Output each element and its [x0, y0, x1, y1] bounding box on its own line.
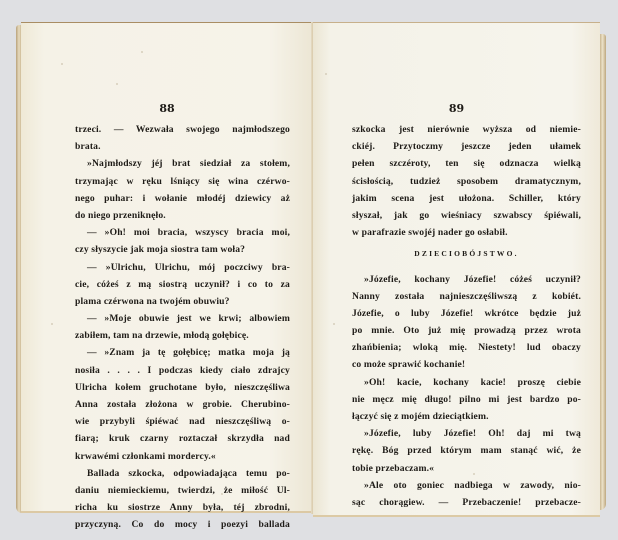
text-line: Józefie, o luby Józefie! wkrótce będzie … — [352, 305, 581, 322]
text-line: »Józefie, kochany Józefie! cóżeś uczynił… — [352, 271, 581, 288]
text-line: — »Oh! moi bracia, wszyscy bracia moi, — [75, 224, 290, 241]
text-line: nie męcz mię długo! pilno mi jest bardzo… — [352, 391, 581, 408]
text-line: szkocka jest nierównie wyższa od niemie- — [352, 121, 581, 138]
text-line: jakim scena jest ułożona. Schiller, któr… — [352, 190, 581, 207]
text-line: zhańbienia; wloką mię. Niestety! lud oba… — [352, 339, 581, 356]
text-line: — »Ulrichu, Ulrichu, mój poczciwy bra- — [75, 259, 290, 276]
text-line: pełen szczéroty, ten się odznacza wielką — [352, 155, 581, 172]
text-line: Anna została złożona w grobie. Cherubino… — [75, 396, 290, 413]
text-line: ścisłością, tudzież sposobem dramatyczny… — [352, 173, 581, 190]
text-line: trzymając w ręku lśniący się wina czérwo… — [75, 173, 290, 190]
text-line: co może sprawić kochanie! — [352, 356, 581, 373]
text-line: zabiłem, tam na drzewie, młodą gołębicę. — [75, 327, 290, 344]
text-line: cie, cóżeś z mą siostrą uczynił? i co to… — [75, 276, 290, 293]
right-page: 89 szkocka jest nierównie wyższa od niem… — [313, 22, 600, 517]
text-line: daniu niemieckiemu, twierdzi, że miłość … — [75, 482, 290, 499]
text-line: nosiła . . . . I podczas kiedy ciało zdr… — [75, 362, 290, 379]
text-line: Ballada szkocka, odpowiadająca temu po- — [75, 465, 290, 482]
text-line: łączyć się z mojém dzieciątkiem. — [352, 408, 581, 425]
text-line: sąc chorągiew. — Przebaczenie! przebacze… — [352, 494, 581, 511]
text-line: w parafrazie swojéj nader go osłabił. — [352, 224, 581, 241]
scan-background: { "colors": { "background": "#dfe0e3", "… — [0, 0, 618, 540]
text-line: plama czérwona na twojém obuwiu? — [75, 293, 290, 310]
text-line: richa ku siostrze Anny była, téj zbrodni… — [75, 499, 290, 516]
text-line: Nanny została najnieszczęśliwszą z kobié… — [352, 288, 581, 305]
text-line: »Józefie, luby Józefie! Oh! daj mi twą — [352, 425, 581, 442]
open-book: 88 trzeci. — Wezwała swojego najmłodszeg… — [16, 22, 606, 518]
text-line: wie przybyli śpiéwać nad nieszczęśliwą o… — [75, 413, 290, 430]
text-line: »Oh! kacie, kochany kacie! proszę ciebie — [352, 374, 581, 391]
section-heading: DZIECIOBÓJSTWO. — [352, 245, 581, 262]
text-line: przyczyną. Co do mocy i poezyi ballada — [75, 516, 290, 533]
text-line: po mnie. Oto już mię prowadzą przez wrot… — [352, 322, 581, 339]
right-page-text-block: szkocka jest nierównie wyższa od niemie-… — [352, 121, 581, 511]
text-line: krwawémi członkami mordercy.« — [75, 448, 290, 465]
page-number-left: 88 — [21, 102, 313, 115]
text-line: »Ale oto goniec nadbiega w zawody, nio- — [352, 477, 581, 494]
text-line: — »Znam ja tę gołębicę; matka moja ją — [75, 344, 290, 361]
text-line: brata. — [75, 138, 290, 155]
text-line: fiarą; kruk czarny roztaczał skrzydła na… — [75, 430, 290, 447]
text-line: rękę. Bóg przed którym mam stanąć wić, ż… — [352, 442, 581, 459]
text-line: trzeci. — Wezwała swojego najmłodszego — [75, 121, 290, 138]
text-line: »Najmłodszy jéj brat siedział za stołem, — [75, 155, 290, 172]
text-line: ckiéj. Przytoczmy jeszcze jeden ułamek — [352, 138, 581, 155]
left-page: 88 trzeci. — Wezwała swojego najmłodszeg… — [21, 22, 313, 513]
text-line: czy słyszycie jak moja siostra tam woła? — [75, 241, 290, 258]
text-line: Ulricha kołem gruchotane było, nieszczęś… — [75, 379, 290, 396]
text-line: słyszał, jak go wieśniacy szwabscy śpiéw… — [352, 207, 581, 224]
text-line: do niego przeniknęło. — [75, 207, 290, 224]
text-line: — »Moje obuwie jest we krwi; albowiem — [75, 310, 290, 327]
left-page-text-block: trzeci. — Wezwała swojego najmłodszegobr… — [75, 121, 290, 534]
page-number-right: 89 — [313, 102, 600, 115]
text-line: tobie przebaczam.« — [352, 460, 581, 477]
text-line: nego puhar: i wołanie młodéj dziewicy aż — [75, 190, 290, 207]
